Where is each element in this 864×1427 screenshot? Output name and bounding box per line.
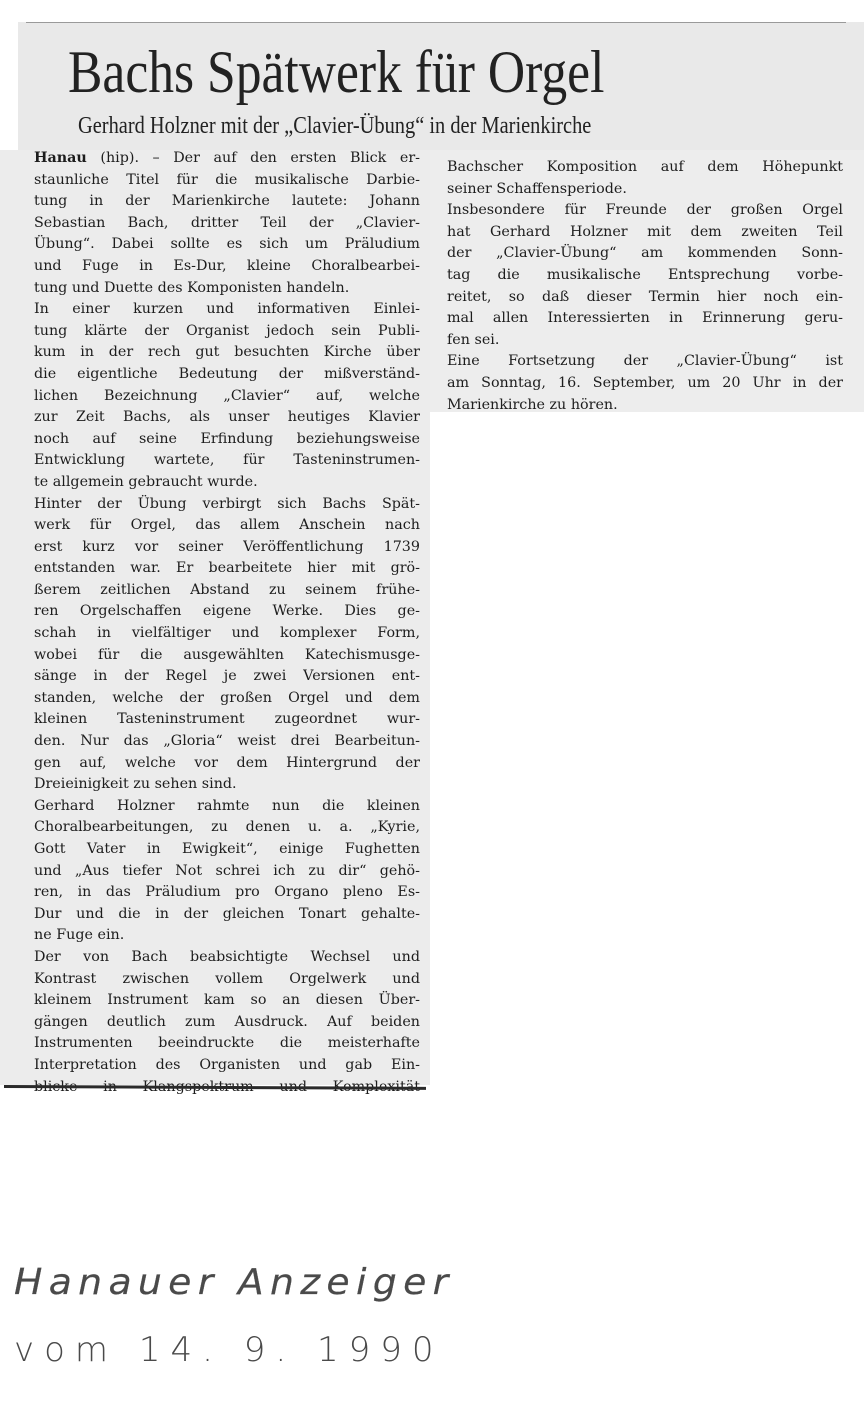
text-line: seiner Schaffensperiode. xyxy=(447,179,843,201)
text-line: Kontrast zwischen vollem Orgelwerk und xyxy=(34,969,420,991)
article-headline: Bachs Spätwerk für Orgel xyxy=(68,34,722,110)
text-line: Der von Bach beabsichtigte Wechsel und xyxy=(34,947,420,969)
text-line: Dreieinigkeit zu sehen sind. xyxy=(34,774,420,796)
text-line: den. Nur das „Gloria“ weist drei Bearbei… xyxy=(34,731,420,753)
text-line: gängen deutlich zum Ausdruck. Auf beiden xyxy=(34,1012,420,1034)
text-line: Entwicklung wartete, für Tasteninstrumen… xyxy=(34,450,420,472)
text-line: ßerem zeitlichen Abstand zu seinem frühe… xyxy=(34,580,420,602)
text-line: reitet, so daß dieser Termin hier noch e… xyxy=(447,287,843,309)
text-line: ren Orgelschaffen eigene Werke. Dies ge- xyxy=(34,601,420,623)
text-line: hat Gerhard Holzner mit dem zweiten Teil xyxy=(447,222,843,244)
text-line: Gott Vater in Ewigkeit“, einige Fughette… xyxy=(34,839,420,861)
text-line: ne Fuge ein. xyxy=(34,925,420,947)
text-line: staunliche Titel für die musikalische Da… xyxy=(34,170,420,192)
text-line: noch auf seine Erfindung beziehungsweise xyxy=(34,429,420,451)
article-left-column: Hanau (hip). – Der auf den ersten Blick … xyxy=(34,148,420,1098)
text-line: tung klärte der Organist jedoch sein Pub… xyxy=(34,321,420,343)
text-line: der „Clavier-Übung“ am kommenden Sonn- xyxy=(447,243,843,265)
text-line: kleinen Tasteninstrument zugeordnet wur- xyxy=(34,709,420,731)
text-line: tung und Duette des Komponisten handeln. xyxy=(34,278,420,300)
text-line: am Sonntag, 16. September, um 20 Uhr in … xyxy=(447,373,843,395)
text-line: Bachscher Komposition auf dem Höhepunkt xyxy=(447,157,843,179)
text-line: wobei für die ausgewählten Katechismusge… xyxy=(34,645,420,667)
text-line: Choralbearbeitungen, zu denen u. a. „Kyr… xyxy=(34,817,420,839)
text-line: fen sei. xyxy=(447,330,843,352)
text-line: Übung“. Dabei sollte es sich um Präludiu… xyxy=(34,234,420,256)
text-line: Eine Fortsetzung der „Clavier-Übung“ ist xyxy=(447,351,843,373)
text-line: gen auf, welche vor dem Hintergrund der xyxy=(34,753,420,775)
text-line: lichen Bezeichnung „Clavier“ auf, welche xyxy=(34,386,420,408)
text-line: mal allen Interessierten in Erinnerung g… xyxy=(447,308,843,330)
text-line: standen, welche der großen Orgel und dem xyxy=(34,688,420,710)
handwritten-annotation: Hanauer Anzeiger vom 14. 9. 1990 xyxy=(14,1258,444,1378)
text-line: In einer kurzen und informativen Einlei- xyxy=(34,299,420,321)
text-line: entstanden war. Er bearbeitete hier mit … xyxy=(34,558,420,580)
text-line: werk für Orgel, das allem Anschein nach xyxy=(34,515,420,537)
text-line: die eigentliche Bedeutung der mißverstän… xyxy=(34,364,420,386)
text-line: tag die musikalische Entsprechung vorbe- xyxy=(447,265,843,287)
text-line: sänge in der Regel je zwei Versionen ent… xyxy=(34,666,420,688)
text-line: te allgemein gebraucht wurde. xyxy=(34,472,420,494)
text-line: Sebastian Bach, dritter Teil der „Clavie… xyxy=(34,213,420,235)
text-line: Gerhard Holzner rahmte nun die kleinen xyxy=(34,796,420,818)
text-line: kum in der rech gut besuchten Kirche übe… xyxy=(34,342,420,364)
text-line: ren, in das Präludium pro Organo pleno E… xyxy=(34,882,420,904)
text-line: erst kurz vor seiner Veröffentlichung 17… xyxy=(34,537,420,559)
text-line: Hanau (hip). – Der auf den ersten Blick … xyxy=(34,148,420,170)
handwritten-source: Hanauer Anzeiger xyxy=(14,1258,465,1308)
text-line: schah in vielfältiger und komplexer Form… xyxy=(34,623,420,645)
text-line: Marienkirche zu hören. xyxy=(447,395,843,417)
dateline: Hanau xyxy=(34,150,87,166)
text-line: zur Zeit Bachs, als unser heutiges Klavi… xyxy=(34,407,420,429)
text-line: Insbesondere für Freunde der großen Orge… xyxy=(447,200,843,222)
article-subheadline: Gerhard Holzner mit der „Clavier-Übung“ … xyxy=(78,110,591,142)
text-line: Hinter der Übung verbirgt sich Bachs Spä… xyxy=(34,494,420,516)
text-line: Instrumenten beeindruckte die meisterhaf… xyxy=(34,1033,420,1055)
article-right-column: Bachscher Komposition auf dem Höhepunkt … xyxy=(447,157,843,416)
text-line: kleinem Instrument kam so an diesen Über… xyxy=(34,990,420,1012)
text-line: Dur und die in der gleichen Tonart gehal… xyxy=(34,904,420,926)
clipping-top-edge xyxy=(26,22,846,23)
text-line: und „Aus tiefer Not schrei ich zu dir“ g… xyxy=(34,861,420,883)
text-line: Interpretation des Organisten und gab Ei… xyxy=(34,1055,420,1077)
text-line: tung in der Marienkirche lautete: Johann xyxy=(34,191,420,213)
handwritten-date: vom 14. 9. 1990 xyxy=(14,1322,444,1378)
text-line: und Fuge in Es-Dur, kleine Choralbearbei… xyxy=(34,256,420,278)
